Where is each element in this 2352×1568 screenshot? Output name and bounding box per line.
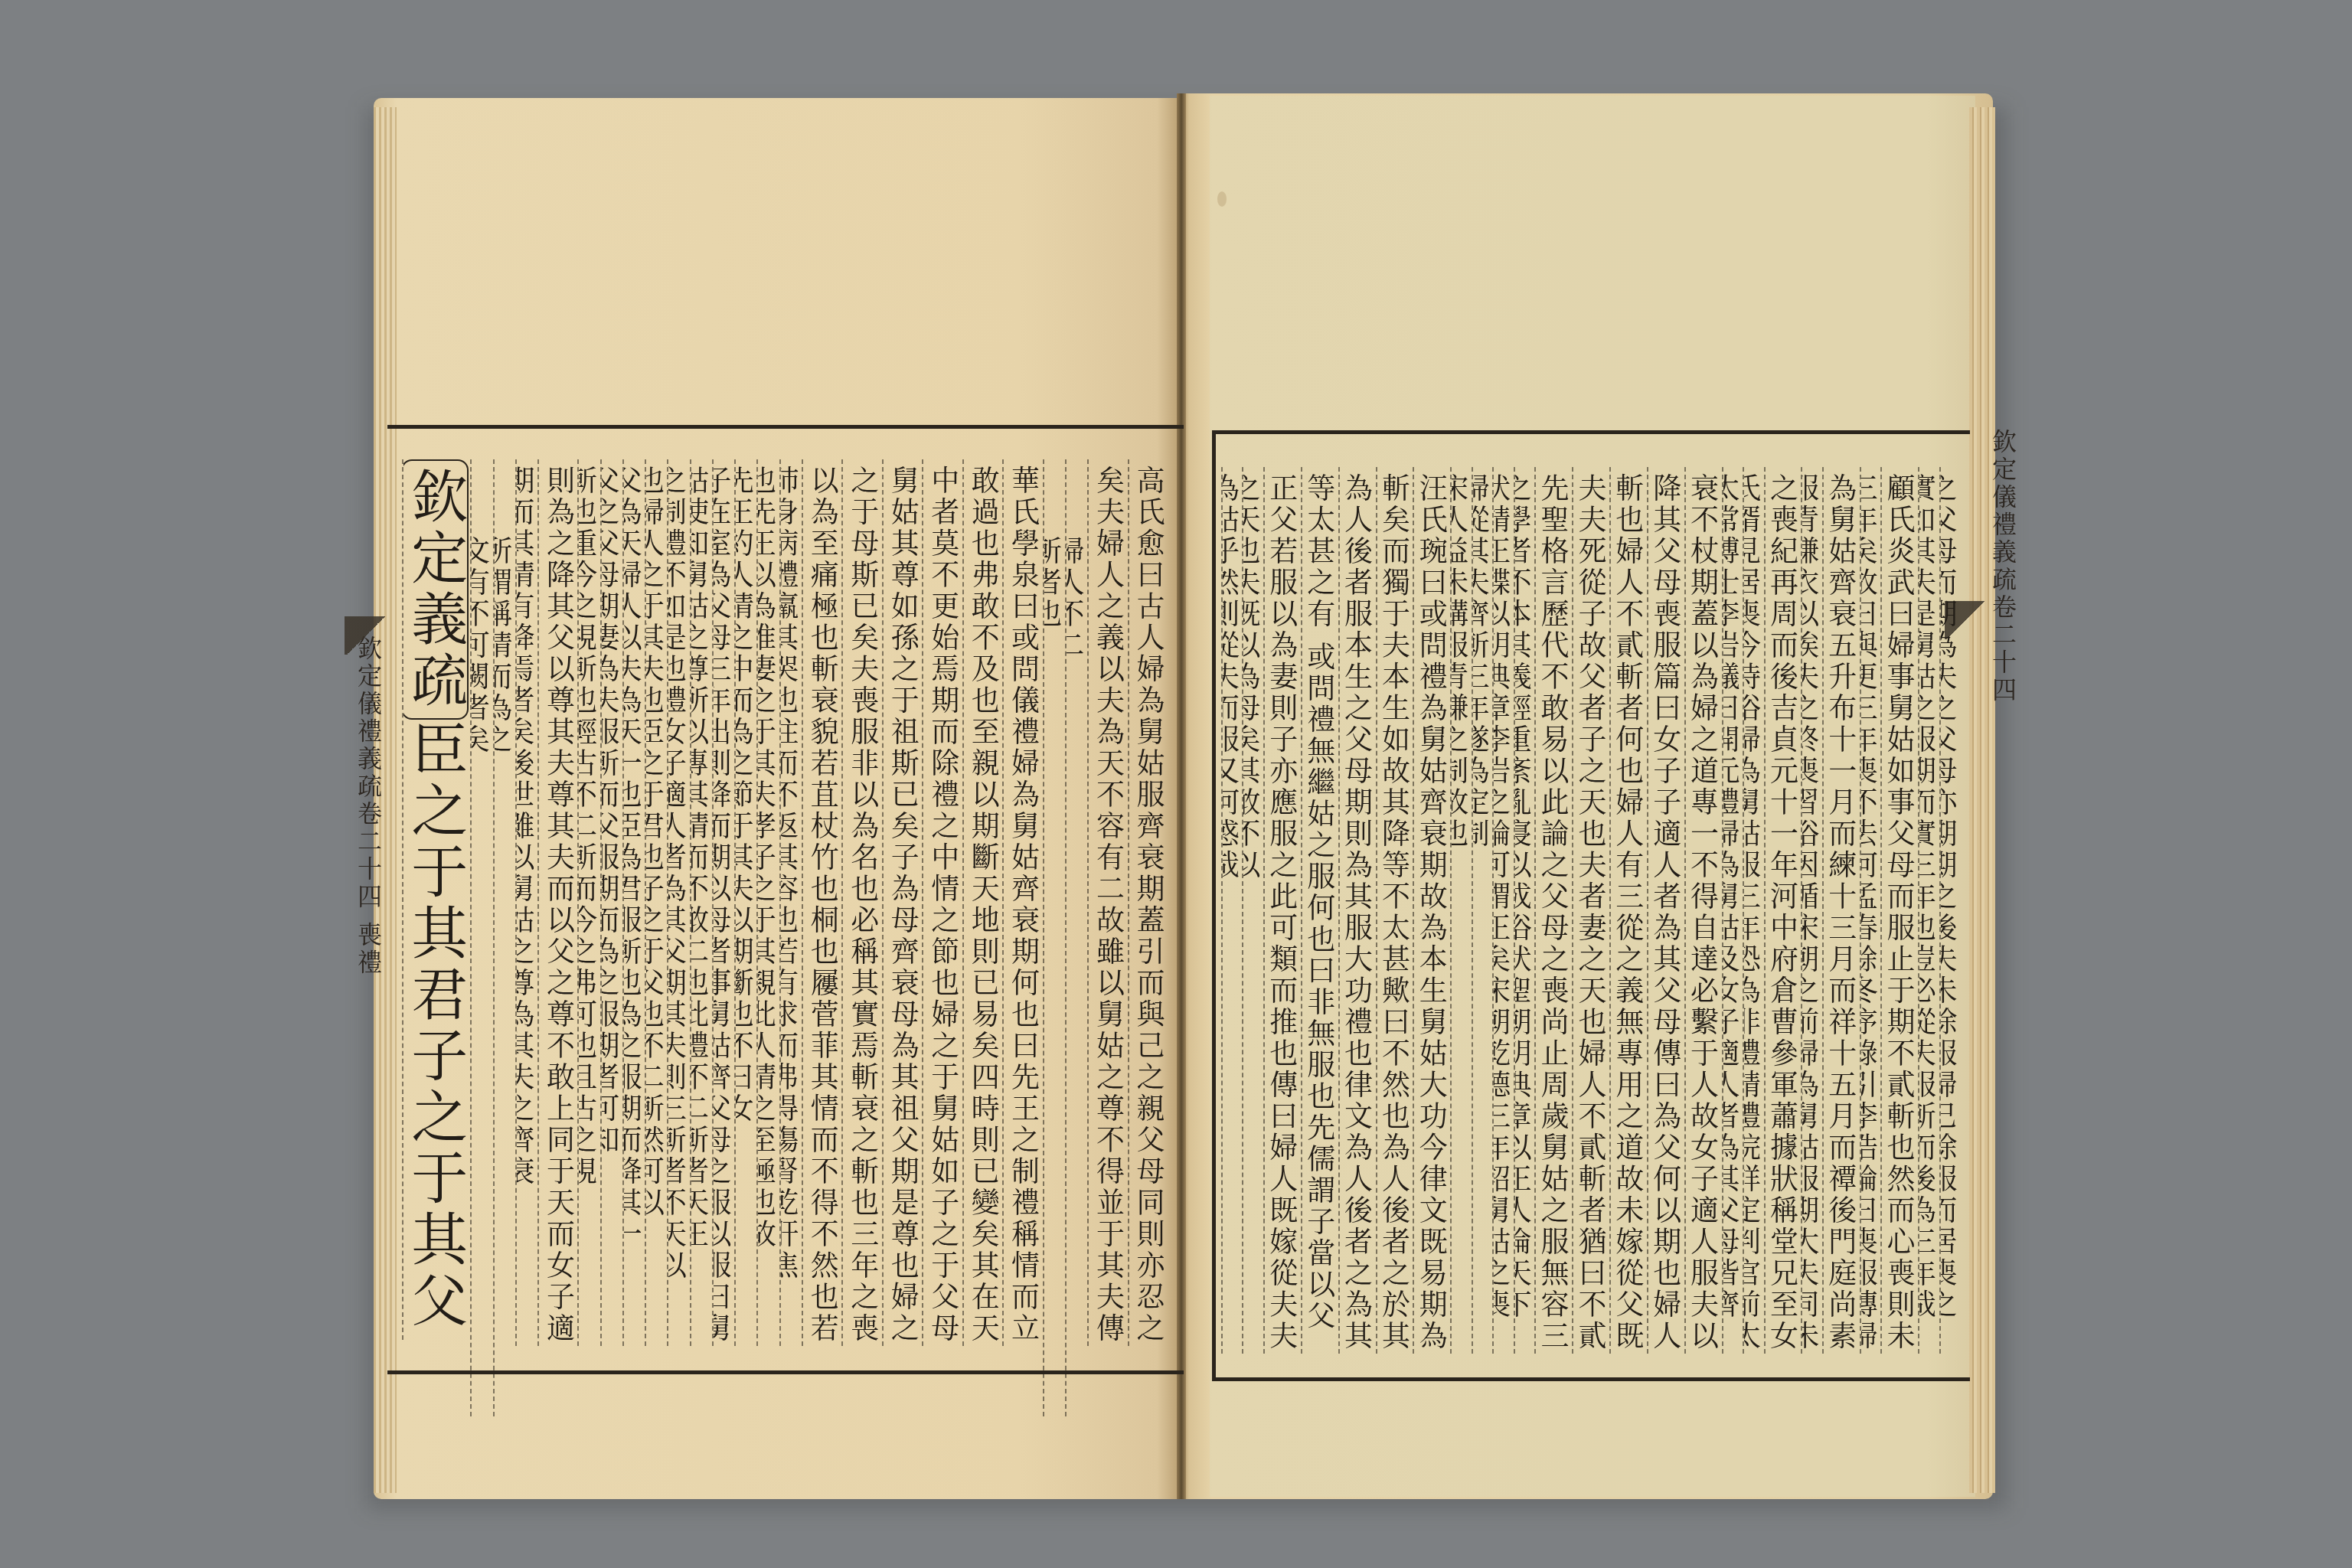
text-column: 為姑乎然則從夫而服又何惑哉: [1221, 467, 1242, 1354]
text-column: 斬也重今之視斬也輕古不二斬而今之弗可也且古之視: [577, 459, 599, 1346]
text-column: 斬者也: [1043, 459, 1065, 1416]
text-column: 先王約人情之中而為之節于其夫以期斷也不曰女: [734, 459, 756, 1346]
left-banxin-label: 欽定儀禮義疏卷二十四 喪禮: [337, 635, 386, 1325]
text-column: 正父若服以為妻則子亦應服之此可類而推也傳曰婦人既嫁從夫夫者婦: [1263, 467, 1301, 1354]
text-column: 為人後者服本生之父母期則為其服大功禮也律文為人後者之為其本生父母: [1338, 467, 1376, 1354]
text-column: 矣夫婦人之義以夫為天不容有二故雖以舅姑之尊不得並于其夫傳所謂: [1087, 459, 1127, 1346]
text-column: 父為天婦人以夫為天一也臣為君服斬也為之服期而降其一: [622, 459, 645, 1346]
text-column: 服青縑衣以俟夫之終喪習俗因循宋朝之前婦為舅姑服期大夫同未: [1801, 467, 1821, 1354]
text-column: 父之父母期妻為夫服斬而父服期而為之服期者可知: [600, 459, 622, 1346]
text-column: 舅姑其尊如孫之于祖斯已矣子為母齊衰母為其祖父期是尊也婦之于: [882, 459, 922, 1346]
text-column: 姑使知舅姑之尊所以專其情而不敢二也此禮不二斬者天王: [690, 459, 712, 1346]
text-column: 夫夫死從子故父者子之天也夫者妻之天也婦人不貳斬者猶曰不貳天也: [1572, 467, 1609, 1354]
text-column: 子在室為父母三年出則降而期以母者事舅姑齊父母之服以服曰舅: [712, 459, 734, 1346]
text-column: 之父母而期為夫之父母亦期期之後夫未除服婦已除服而居喪之: [1939, 467, 1960, 1354]
text-column: 汪氏琬曰或問禮為舅姑齊衰期故為本生舅姑大功今律文既易期為三年: [1413, 467, 1450, 1354]
text-column: 所謂稱情而為之: [493, 459, 515, 1416]
paper-stain: [1217, 191, 1227, 207]
text-column: 華氏學泉曰或問儀禮婦為舅姑齊衰期何也曰先王之制禮稱情而立文弗: [1002, 459, 1042, 1346]
text-column: 之天也夫既以為母矣其敢不以: [1242, 467, 1263, 1354]
text-column: 也先王以為惟妻之于其夫孝子之于其親此人情之至極也故: [756, 459, 779, 1346]
text-column: 三年矣故曰與更三年喪不去何孟春餘冬序錄引李浩論曰喪服傳婦: [1860, 467, 1880, 1354]
text-column: 先聖格言歷代不敢易以此論之父母之喪尚止周歲舅姑之服無容三年今: [1534, 467, 1572, 1354]
text-column: 肺身病體羸其哭也往而不返其容也若有求而弗得傷腎乾肝焦: [779, 459, 802, 1346]
text-column: 斬也婦人不貳斬者何也婦人有三從之義無專用之道故未嫁從父既嫁從: [1609, 467, 1647, 1354]
left-page-text: 高氏愈曰古人婦為舅姑服齊衰期蓋引而與己之親父母同則亦忍之盡 矣夫婦人之義以夫為天…: [402, 459, 1168, 1355]
text-column: 氏壻見居喪今時俗婦為舅姑服三年恐為非禮請禮院詳定判官前太: [1743, 467, 1763, 1354]
right-page-text: 之父母而期為夫之父母亦期期之後夫未除服婦已除服而居喪之 實如其夫是舅姑之服期而實…: [1221, 467, 1960, 1363]
text-column: 期而其情有降焉者矣後世雖以舅姑之尊為其夫之齊衰: [515, 459, 537, 1346]
text-column: 等太甚之有 或問禮無繼姑之服何也曰非無服也先儒謂子當以父服為: [1301, 467, 1338, 1354]
text-column: 伏請正牒以明典章李岩之論可謂正矣宋朝乾德三年詔舅姑之喪: [1492, 467, 1513, 1354]
text-column: 之喪紀再周而後吉貞元十一年河中府倉曹參軍蕭據狀稱堂兄至女適李: [1764, 467, 1802, 1354]
text-column: 婦人不二: [1065, 459, 1087, 1416]
text-column: 也婦人之于其夫也臣之于君也子之于父也不二斬然可以: [645, 459, 667, 1346]
title-cartouche: 欽定義疏: [402, 459, 469, 720]
text-column: 中者莫不更始焉期而除禮之中情之節也婦之于舅姑如子之于父母其: [922, 459, 962, 1346]
text-column: 之于母斯已矣夫喪服非以為名也必稱其實焉斬衰之斬也三年之喪如斬: [841, 459, 881, 1346]
text-column: 為舅姑齊衰五升布十一月而練十三月而祥十五月而禫後門庭尚素婦: [1822, 467, 1860, 1354]
text-column: 顧氏炎武曰婦事舅姑如事父母而服止于期不貳斬也然而心喪則未嘗不: [1880, 467, 1918, 1354]
text-column: 斬矣而獨于夫本生如故其降等不太甚歟曰不然也為人後者之於其父母: [1376, 467, 1413, 1354]
text-column: 降其父母喪服篇曰女子子適人者為其父母傳曰為父何以期也婦人不貳: [1647, 467, 1684, 1354]
text-column: 文有不可闕者矣: [470, 459, 492, 1416]
right-banxin-label: 欽定儀禮義疏卷二十四: [1971, 429, 2020, 1118]
text-column: 太常博士李岩議曰開元禮婦為舅姑及女子適人者為其父母皆齊: [1722, 467, 1743, 1354]
fish-tail-mark-icon: [345, 616, 387, 655]
main-text-column: 欽定義疏臣之于其君子之于其父婦之于其夫二綱: [402, 459, 470, 1340]
text-column: 敢過也弗敢不及也至親以期斷天地則已易矣四時則已變矣其在天地之: [962, 459, 1002, 1346]
text-column: 以為至痛極也斬衰貌若苴杖竹也桐也屨菅菲其情而不得不然也若夫: [802, 459, 841, 1346]
text-column: 衰不杖期蓋以為婦之道專一不得自達必繫于人故女子適人服夫以斬而: [1684, 467, 1722, 1354]
text-column: 高氏愈曰古人婦為舅姑服齊衰期蓋引而與己之親父母同則亦忍之盡: [1128, 459, 1168, 1346]
text-column: 之學者不本其義輕重紊亂寖以成俗伏聖朝明典章以正人倫天下: [1514, 467, 1534, 1354]
text-column: 婦從其夫齊斬三年遂為定制: [1472, 467, 1492, 1354]
text-column: 實如其夫是舅姑之服期而實三年也豈必從夫服斬而後為三年哉: [1918, 467, 1939, 1354]
text-column: 之制禮不如是也禮女子適人者為其父期其夫則三斬者不天以: [667, 459, 689, 1346]
text-column: 宋人益未講服青縑之制故也: [1450, 467, 1471, 1354]
text-column: 則為之降其父以尊其夫尊其夫而以父之尊不敢上同于天而女子適人: [537, 459, 577, 1346]
